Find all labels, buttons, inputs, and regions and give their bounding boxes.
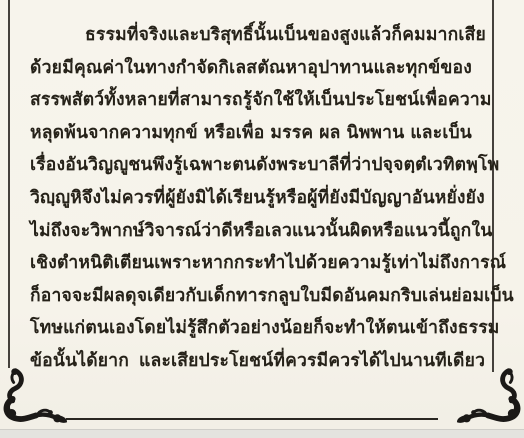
text-segment: จะวิพากษ์วิจารณ์ว่าดีหรือเลว <box>70 215 292 248</box>
text-segment: ธรรม <box>85 19 127 52</box>
text-segment: เวทิตพฺโพ <box>427 149 500 182</box>
text-segment: มีคุณค่าในทางกำจัดกิเลส <box>62 52 257 85</box>
corner-flourish-icon <box>1 366 69 426</box>
page-bottom-edge <box>0 429 524 438</box>
text-line: สรรพสัตว์ทั้งหลายที่สามารถรู้จักใช้ให้เบ… <box>30 84 472 117</box>
text-segment: ใน <box>471 215 492 248</box>
text-segment: ที่จริงและบริสุทธิ์นั้นเบ็นของสูง <box>127 19 359 52</box>
text-segment: เชิงตำหนิติเตียน <box>30 247 154 280</box>
text-segment: เรื่องอันวิญญูชนพึงรู้เฉพาะตน <box>30 149 256 182</box>
text-segment: ตัณหา <box>257 52 307 85</box>
text-segment: หลุดพ้นจากความทุกข์ <box>30 117 198 150</box>
text-line: หลุดพ้นจากความทุกข์หรือเพื่อมรรคผลนิพพาน… <box>30 117 472 150</box>
body-text: ธรรมที่จริงและบริสุทธิ์นั้นเบ็นของสูงแล้… <box>30 19 472 378</box>
text-line: วิญฺญูหิจึงไม่ควรที่ผู้ยังมิได้เรียนรู้ห… <box>30 182 472 215</box>
bottom-horizontal-rule <box>66 418 438 420</box>
text-segment: โทษแก่ตนเองโดยไม่รู้สึกตัว <box>30 312 240 345</box>
text-segment: นิพพาน <box>347 117 405 150</box>
text-segment: ดังพระบาลีที่ว่า <box>256 149 371 182</box>
text-line: เรื่องอันวิญญูชนพึงรู้เฉพาะตนดังพระบาลีท… <box>30 149 472 182</box>
left-border-rule <box>8 0 10 368</box>
text-line: ไม่ถึงจะวิพากษ์วิจารณ์ว่าดีหรือเลวแนวนั้… <box>30 215 472 248</box>
corner-flourish-icon <box>455 366 523 426</box>
text-line: โทษแก่ตนเองโดยไม่รู้สึกตัวอย่างน้อยก็จะท… <box>30 312 472 345</box>
text-segment: จึงไม่ควรที่ผู้ยังมิได้เรียนรู้หรือผู้ที… <box>82 182 485 215</box>
text-line: ธรรมที่จริงและบริสุทธิ์นั้นเบ็นของสูงแล้… <box>30 19 472 52</box>
text-segment: ผล <box>319 117 340 150</box>
text-line: ก็อาจจะมีผลดุจเดียวกับเด็กทารกลูบใบมีดอั… <box>30 280 472 313</box>
text-segment: ไม่ถึง <box>30 215 70 248</box>
text-line: เชิงตำหนิติเตียนเพราะหากกระทำไปด้วยความร… <box>30 247 472 280</box>
text-segment: มรรค <box>270 117 313 150</box>
text-segment: อุปาทาน <box>307 52 373 85</box>
text-segment: และเบ็น <box>410 117 472 150</box>
text-segment: ย่อมเบ็น <box>451 280 514 313</box>
text-segment: แนวนั้นผิดหรือแนวนี้ถูก <box>292 215 471 248</box>
text-line: ด้วยมีคุณค่าในทางกำจัดกิเลสตัณหาอุปาทานแ… <box>30 52 472 85</box>
text-segment: ปจฺจตฺตํ <box>371 149 426 182</box>
text-segment: เพราะหากกระทำไปด้วยความรู้เท่าไม่ถึงการณ… <box>154 247 506 280</box>
text-segment: ด้วย <box>30 52 62 85</box>
text-segment: ก็อาจจะมีผลดุจเดียวกับเด็กทารกลูบใบมีดอั… <box>30 280 451 313</box>
text-segment: ที่สามารถรู้จักใช้ให้เบ็นประโยชน์เพื่อคว… <box>168 84 492 117</box>
text-segment: อย่างน้อยก็จะทำให้ตนเข้าถึงธรรม <box>240 312 500 345</box>
text-segment: และเสียประโยชน์ที่ควรมีควรได้ไปนานทีเดีย… <box>139 345 485 378</box>
text-segment: สรรพสัตว์ทั้งหลาย <box>30 84 168 117</box>
text-line: ข้อนั้นได้ยากและเสียประโยชน์ที่ควรมีควรไ… <box>30 345 472 378</box>
text-segment: และทุกข์ของ <box>374 52 472 85</box>
text-segment: หรือเพื่อ <box>204 117 265 150</box>
scanned-page: ธรรมที่จริงและบริสุทธิ์นั้นเบ็นของสูงแล้… <box>0 0 524 438</box>
text-segment: วิญฺญูหิ <box>30 182 82 215</box>
text-segment: แล้วก็คมมากเสีย <box>359 19 486 52</box>
